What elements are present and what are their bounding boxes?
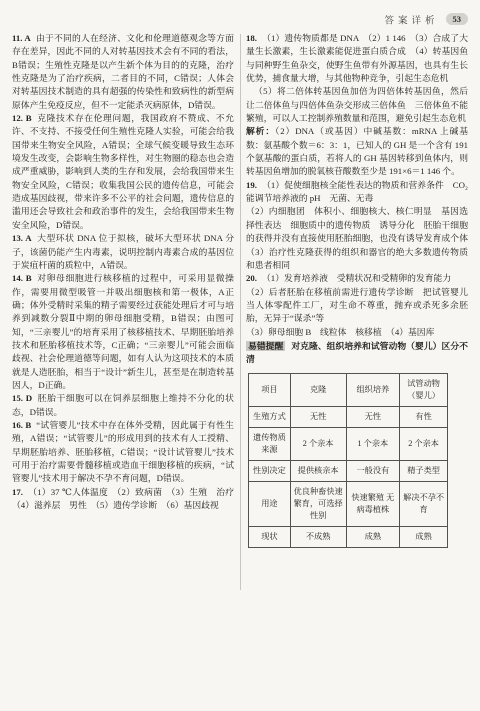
table-header-row: 项目 克隆 组织培养 试管动物（婴儿） xyxy=(249,373,448,406)
item-body: 胚胎干细胞可以在饲养层细胞上维持不分化的状态，D错误。 xyxy=(12,393,234,416)
item-number: 20. xyxy=(246,273,257,283)
answer-item-19: 19.（1）促使细胞核全能性表达的物质和营养条件 CO₂能调节培养液的 pH 无… xyxy=(246,179,468,206)
page-title: 答案详析 xyxy=(384,16,438,26)
table-cell: 一般没有 xyxy=(346,460,400,481)
table-header-cell: 试管动物（婴儿） xyxy=(400,373,448,406)
item-body: “试管婴儿”技术中存在体外受精，因此属于有性生殖，A错误；“试管婴儿”的形成用到… xyxy=(12,420,234,483)
table-cell: 现状 xyxy=(249,526,291,547)
page-number-badge: 53 xyxy=(446,13,469,25)
answer-item-13: 13. A大型环状 DNA 位于拟核，破坏大型环状 DNA 分子，该菌仍能产生内… xyxy=(12,232,234,272)
item-number: 12. B xyxy=(12,113,32,123)
item-number: 17. xyxy=(12,487,23,497)
table-row: 生殖方式 无性 无性 有性 xyxy=(249,406,448,427)
item-body: （1）发育培养液 受精状况和受精卵的发育能力 xyxy=(262,273,451,283)
answer-item-16: 16. B“试管婴儿”技术中存在体外受精，因此属于有性生殖，A错误；“试管婴儿”… xyxy=(12,419,234,486)
table-cell: 成熟 xyxy=(346,526,400,547)
table-row: 现状 不成熟 成熟 成熟 xyxy=(249,526,448,547)
table-cell: 优良种畜快速繁育，可选择性别 xyxy=(290,481,346,526)
item-number: 16. B xyxy=(12,420,31,430)
item-body: （2）后者胚胎在移植前需进行遗传学诊断 把试管婴儿当人体零配件工厂，对生命不尊重… xyxy=(246,287,468,324)
table-row: 性别决定 提供核亲本 一般没有 精子类型 xyxy=(249,460,448,481)
item-body: （1）促使细胞核全能性表达的物质和营养条件 CO₂能调节培养液的 pH 无菌、无… xyxy=(246,180,468,203)
item-body: 由于不同的人在经济、文化和伦理道德观念等方面存在差异，因此不同的人对转基因技术会… xyxy=(12,33,234,110)
table-header-cell: 组织培养 xyxy=(346,373,400,406)
table-cell: 1 个亲本 xyxy=(346,427,400,460)
item-body: （5）将二倍体转基因鱼加倍为四倍体转基因鱼，然后让二倍体鱼与四倍体鱼杂交形成三倍… xyxy=(246,86,468,123)
answer-item-18: 18.（1）遗传物质都是 DNA （2）1 146 （3）合成了大量生长激素，生… xyxy=(246,32,468,85)
table-cell: 无性 xyxy=(346,406,400,427)
table-header-cell: 克隆 xyxy=(290,373,346,406)
item-number: 19. xyxy=(246,180,257,190)
answer-item-11: 11. A由于不同的人在经济、文化和伦理道德观念等方面存在差异，因此不同的人对转… xyxy=(12,32,234,112)
right-column: 18.（1）遗传物质都是 DNA （2）1 146 （3）合成了大量生长激素，生… xyxy=(246,32,468,590)
item-number: 14. B xyxy=(12,273,32,283)
column-divider xyxy=(240,34,241,590)
table-cell: 2 个亲本 xyxy=(400,427,448,460)
comparison-table: 项目 克隆 组织培养 试管动物（婴儿） 生殖方式 无性 无性 有性 遗传物质来源 xyxy=(248,373,448,548)
two-column-layout: 11. A由于不同的人在经济、文化和伦理道德观念等方面存在差异，因此不同的人对转… xyxy=(12,32,468,590)
item-number: 11. A xyxy=(12,33,31,43)
answer-item-17: 17.（1）37 ℃人体温度 （2）致病菌 （3）生殖 治疗 （4）滋养层 男性… xyxy=(12,486,234,513)
table-cell: 快速繁殖 无病毒植株 xyxy=(346,481,400,526)
table-cell: 用途 xyxy=(249,481,291,526)
item-body: （3）卵母细胞 B 线粒体 核移植 （4）基因库 xyxy=(246,327,434,337)
table-cell: 无性 xyxy=(290,406,346,427)
item-body: 对卵母细胞进行核移植的过程中，可采用显微操作，需要用微型吸管一并吸出细胞核和第一… xyxy=(12,273,234,390)
analysis-paragraph: 解析：（2）DNA（或基因）中碱基数：mRNA 上碱基数：氨基酸个数＝6：3：1… xyxy=(246,125,468,178)
left-column: 11. A由于不同的人在经济、文化和伦理道德观念等方面存在差异，因此不同的人对转… xyxy=(12,32,234,590)
answer-item-18-part5: （5）将二倍体转基因鱼加倍为四倍体转基因鱼，然后让二倍体鱼与四倍体鱼杂交形成三倍… xyxy=(246,85,468,125)
analysis-body: （2）DNA（或基因）中碱基数：mRNA 上碱基数：氨基酸个数＝6：3：1，已知… xyxy=(246,126,468,176)
table-cell: 遗传物质来源 xyxy=(249,427,291,460)
answer-book-page: 答案详析 53 11. A由于不同的人在经济、文化和伦理道德观念等方面存在差异，… xyxy=(0,0,480,711)
table-cell: 生殖方式 xyxy=(249,406,291,427)
answer-item-12: 12. B克隆技术存在伦理问题，我国政府不赞成、不允许、不支持、不接受任何生殖性… xyxy=(12,112,234,232)
table-cell: 提供核亲本 xyxy=(290,460,346,481)
error-prone-note: 易错提醒对克隆、组织培养和试管动物（婴儿）区分不清 xyxy=(246,340,468,367)
item-number: 13. A xyxy=(12,233,32,243)
table-cell: 精子类型 xyxy=(400,460,448,481)
table-cell: 有性 xyxy=(400,406,448,427)
answer-item-20-part3: （3）卵母细胞 B 线粒体 核移植 （4）基因库 xyxy=(246,326,468,339)
table-cell: 解决不孕不育 xyxy=(400,481,448,526)
table-cell: 不成熟 xyxy=(290,526,346,547)
answer-item-20: 20.（1）发育培养液 受精状况和受精卵的发育能力 xyxy=(246,272,468,285)
answer-item-15: 15. D胚胎干细胞可以在饲养层细胞上维持不分化的状态，D错误。 xyxy=(12,392,234,419)
item-body: （1）遗传物质都是 DNA （2）1 146 （3）合成了大量生长激素，生长激素… xyxy=(246,33,468,83)
table-row: 用途 优良种畜快速繁育，可选择性别 快速繁殖 无病毒植株 解决不孕不育 xyxy=(249,481,448,526)
answer-item-19-part2: （2）内细胞团 体积小、细胞核大、核仁明显 基因选择性表达 细胞质中的遗传物质 … xyxy=(246,205,468,272)
table-cell: 成熟 xyxy=(400,526,448,547)
item-body: （1）37 ℃人体温度 （2）致病菌 （3）生殖 治疗 （4）滋养层 男性 （5… xyxy=(12,487,243,510)
answer-item-14: 14. B对卵母细胞进行核移植的过程中，可采用显微操作，需要用微型吸管一并吸出细… xyxy=(12,272,234,392)
table-header-cell: 项目 xyxy=(249,373,291,406)
item-body: 大型环状 DNA 位于拟核，破坏大型环状 DNA 分子，该菌仍能产生内毒素，说明… xyxy=(12,233,234,270)
item-body: 克隆技术存在伦理问题，我国政府不赞成、不允许、不支持、不接受任何生殖性克隆人实验… xyxy=(12,113,234,230)
table-row: 遗传物质来源 2 个亲本 1 个亲本 2 个亲本 xyxy=(249,427,448,460)
item-number: 15. D xyxy=(12,393,32,403)
error-prone-label: 易错提醒 xyxy=(246,341,285,351)
page-header: 答案详析 53 xyxy=(12,10,468,26)
table-cell: 2 个亲本 xyxy=(290,427,346,460)
answer-item-20-part2: （2）后者胚胎在移植前需进行遗传学诊断 把试管婴儿当人体零配件工厂，对生命不尊重… xyxy=(246,286,468,326)
item-number: 18. xyxy=(246,33,257,43)
item-body: （2）内细胞团 体积小、细胞核大、核仁明显 基因选择性表达 细胞质中的遗传物质 … xyxy=(246,206,477,269)
analysis-label: 解析： xyxy=(246,126,275,136)
table-cell: 性别决定 xyxy=(249,460,291,481)
